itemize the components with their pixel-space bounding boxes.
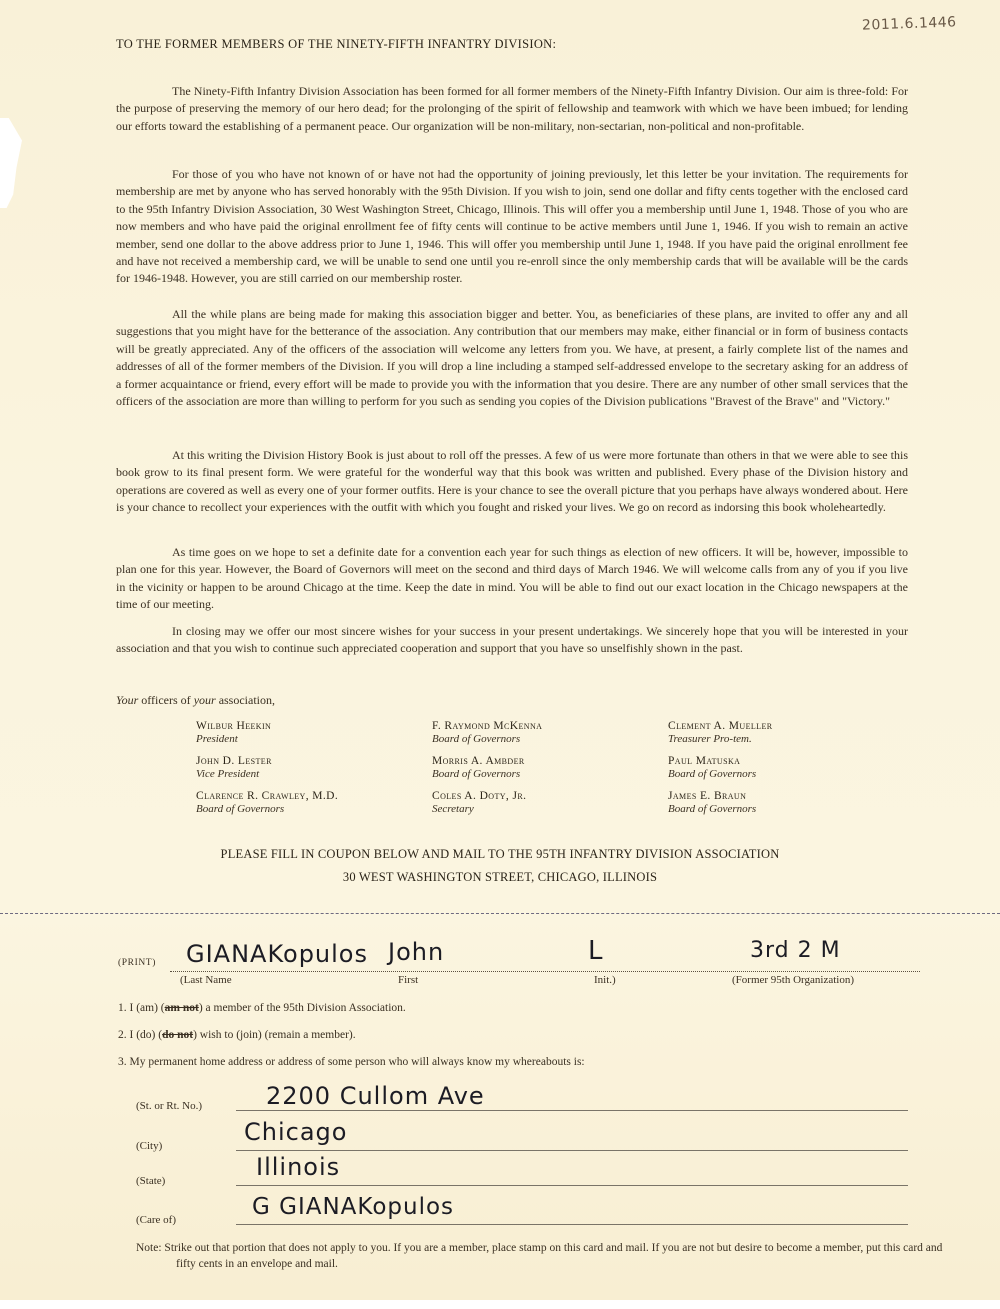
street-line [236,1110,908,1111]
initial-field[interactable]: L [588,936,604,966]
name-row: (PRINT) GIANAKopulos John L 3rd 2 M (Las… [118,946,918,986]
accession-number: 2011.6.1446 [862,14,957,33]
signoff-text: association, [216,693,275,707]
initial-label: Init.) [594,974,616,986]
officer: F. Raymond McKennaBoard of Governors [432,720,668,746]
paragraph-5: As time goes on we hope to set a definit… [116,544,908,614]
care-of-line [236,1224,908,1225]
officer-name: Wilbur Heekin [196,720,432,733]
paragraph-3: All the while plans are being made for m… [116,306,908,410]
officer: Wilbur HeekinPresident [196,720,432,746]
officer-name: Clement A. Mueller [668,720,868,733]
mail-instruction-line-2: 30 WEST WASHINGTON STREET, CHICAGO, ILLI… [160,870,840,885]
officer-role: President [196,733,432,746]
paragraph-text: The Ninety-Fifth Infantry Division Assoc… [116,83,908,135]
officer-role: Board of Governors [196,803,432,816]
question-text: ) wish to (join) (remain a member). [193,1029,356,1041]
signoff-text: officers of [138,693,193,707]
state-label: (State) [136,1175,165,1187]
paragraph-text: In closing may we offer our most sincere… [116,623,908,658]
paragraph-text: At this writing the Division History Boo… [116,447,908,517]
address-street-row: (St. or Rt. No.) 2200 Cullom Ave [136,1084,916,1114]
paragraph-2: For those of you who have not known of o… [116,166,908,288]
address-care-of-row: (Care of) G GIANAKopulos [136,1198,916,1228]
officer-name: Morris A. Ambder [432,755,668,768]
signoff: Your officers of your association, [116,693,275,708]
last-name-label: (Last Name [180,974,232,986]
signoff-your: your [194,693,216,707]
mail-instruction-line-1: PLEASE FILL IN COUPON BELOW AND MAIL TO … [160,847,840,862]
paragraph-text: All the while plans are being made for m… [116,306,908,410]
last-name-field[interactable]: GIANAKopulos [186,940,368,968]
officer-role: Board of Governors [432,733,668,746]
struck-option: do not [162,1029,193,1041]
officer-role: Vice President [196,768,432,781]
salutation: TO THE FORMER MEMBERS OF THE NINETY-FIFT… [116,37,556,52]
question-text: 3. My permanent home address or address … [118,1056,585,1068]
organization-label: (Former 95th Organization) [732,974,854,986]
officer-role: Board of Governors [432,768,668,781]
officer-role: Treasurer Pro-tem. [668,733,868,746]
street-field[interactable]: 2200 Cullom Ave [266,1082,485,1110]
care-of-field[interactable]: G GIANAKopulos [252,1194,454,1220]
first-name-label: First [398,974,418,986]
address-city-row: (City) Chicago [136,1124,916,1154]
state-field[interactable]: Illinois [256,1153,340,1181]
state-line [236,1185,908,1186]
officer-role: Secretary [432,803,668,816]
city-label: (City) [136,1140,162,1152]
first-name-field[interactable]: John [388,938,444,966]
officer: Coles A. Doty, Jr.Secretary [432,790,668,816]
organization-field[interactable]: 3rd 2 M [750,938,841,963]
officer-role: Board of Governors [668,803,868,816]
street-label: (St. or Rt. No.) [136,1100,202,1112]
officer: Clarence R. Crawley, M.D.Board of Govern… [196,790,432,816]
care-of-label: (Care of) [136,1214,176,1226]
paragraph-6: In closing may we offer our most sincere… [116,623,908,658]
officer-name: Clarence R. Crawley, M.D. [196,790,432,803]
question-text: 1. I (am) ( [118,1002,165,1014]
officer-role: Board of Governors [668,768,868,781]
coupon-note: Note: Strike out that portion that does … [136,1240,950,1272]
officer-name: F. Raymond McKenna [432,720,668,733]
question-3: 3. My permanent home address or address … [118,1056,585,1068]
city-field[interactable]: Chicago [244,1118,347,1146]
paragraph-text: For those of you who have not known of o… [116,166,908,288]
name-line [170,971,920,972]
torn-edge [0,118,22,208]
officer: Paul MatuskaBoard of Governors [668,755,868,781]
letter-page: 2011.6.1446 TO THE FORMER MEMBERS OF THE… [0,0,1000,1300]
signoff-your: Your [116,693,138,707]
address-state-row: (State) Illinois [136,1159,916,1189]
officer: James E. BraunBoard of Governors [668,790,868,816]
officer-name: John D. Lester [196,755,432,768]
paragraph-4: At this writing the Division History Boo… [116,447,908,517]
struck-option: am not [165,1002,199,1014]
cut-line [0,913,1000,914]
question-text: 2. I (do) ( [118,1029,162,1041]
question-text: ) a member of the 95th Division Associat… [199,1002,406,1014]
officer-name: Coles A. Doty, Jr. [432,790,668,803]
officers-list: Wilbur HeekinPresident F. Raymond McKenn… [196,720,836,816]
officer-name: Paul Matuska [668,755,868,768]
question-1: 1. I (am) (am not) a member of the 95th … [118,1002,406,1014]
paragraph-1: The Ninety-Fifth Infantry Division Assoc… [116,83,908,135]
city-line [236,1150,908,1151]
officer: Morris A. AmbderBoard of Governors [432,755,668,781]
question-2: 2. I (do) (do not) wish to (join) (remai… [118,1029,356,1041]
officer: John D. LesterVice President [196,755,432,781]
print-label: (PRINT) [118,958,156,968]
paragraph-text: As time goes on we hope to set a definit… [116,544,908,614]
officer: Clement A. MuellerTreasurer Pro-tem. [668,720,868,746]
officer-name: James E. Braun [668,790,868,803]
